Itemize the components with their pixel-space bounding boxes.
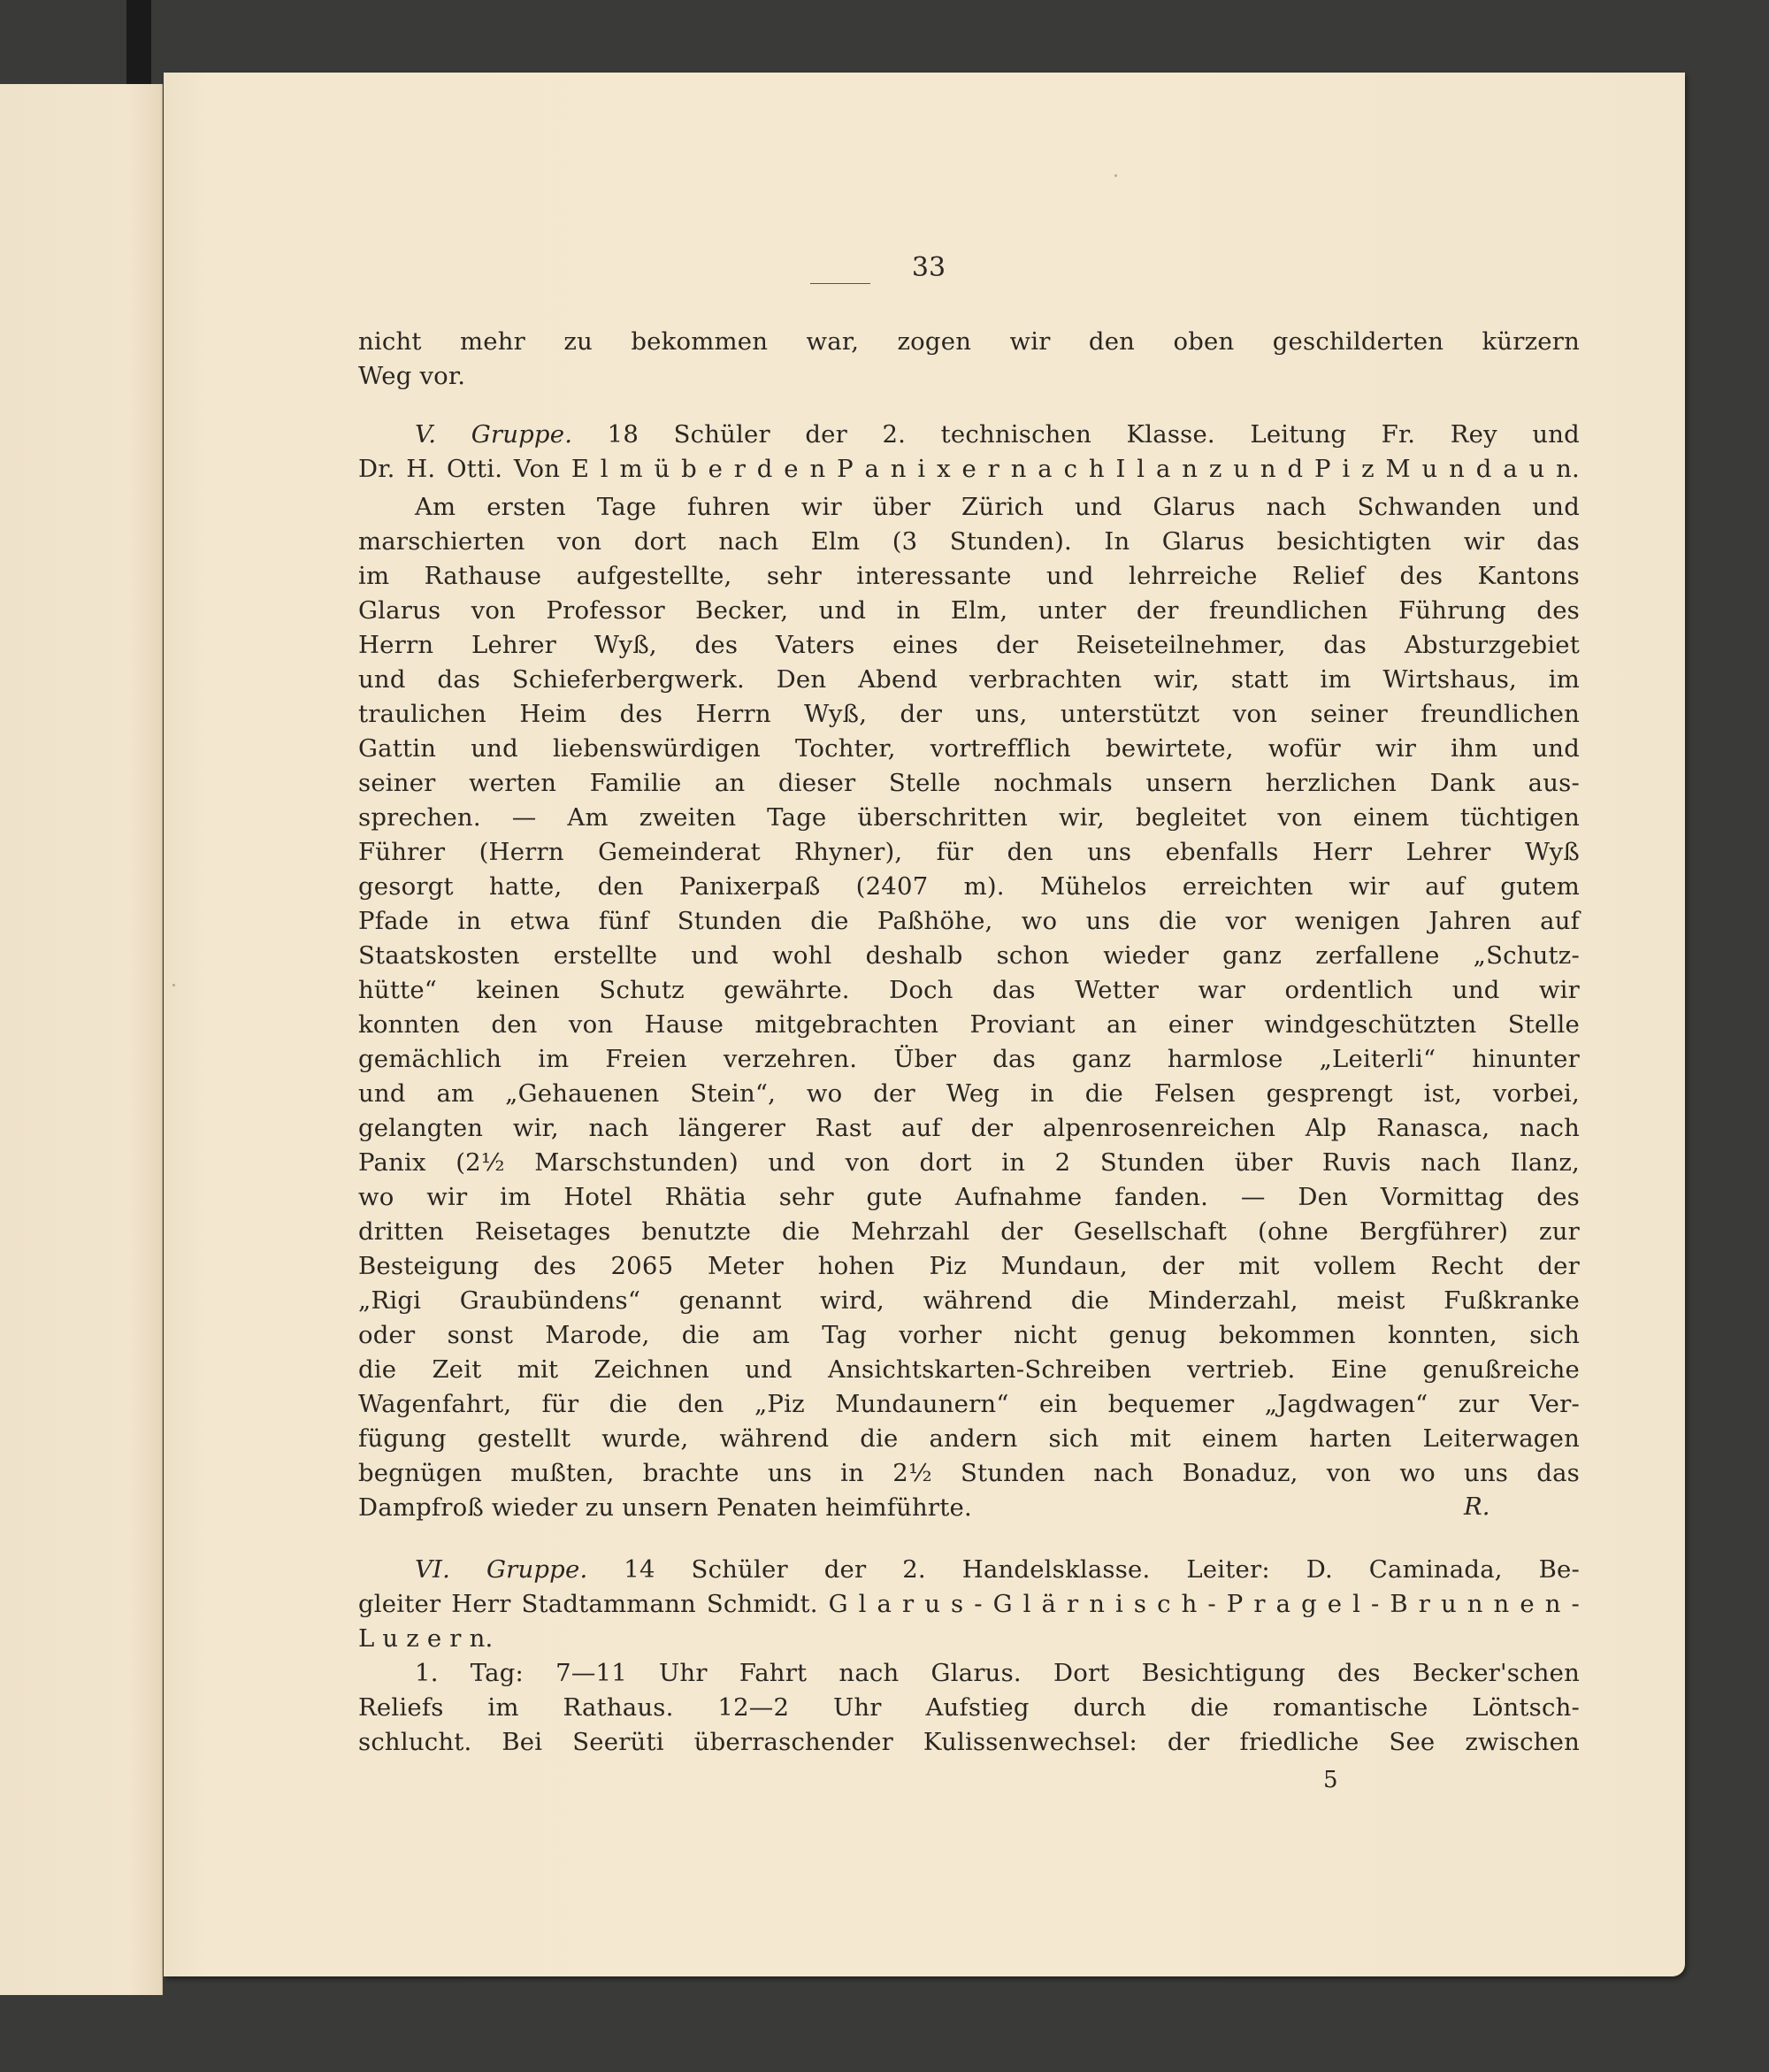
line-text: gemächlich im Freien verzehren. Über das… <box>358 1045 1580 1073</box>
text-line: sprechen. — Am zweiten Tage überschritte… <box>358 802 1580 833</box>
line-text: Reliefs im Rathaus. 12—2 Uhr Aufstieg du… <box>358 1693 1580 1722</box>
line-text: sprechen. — Am zweiten Tage überschritte… <box>358 803 1580 832</box>
line-text: Besteigung des 2065 Meter hohen Piz Mund… <box>358 1252 1580 1280</box>
line-text: und das Schieferbergwerk. Den Abend verb… <box>358 665 1580 694</box>
line-text: begnügen mußten, brachte uns in 2½ Stund… <box>358 1459 1580 1487</box>
line-text: hütte“ keinen Schutz gewährte. Doch das … <box>358 976 1580 1004</box>
author-initial: R. <box>1464 1493 1489 1521</box>
line-text: 14 Schüler der 2. Handelsklasse. Leiter:… <box>587 1555 1580 1584</box>
text-line: L u z e r n. <box>358 1623 1580 1654</box>
section-heading-line: V. Gruppe. 18 Schüler der 2. technischen… <box>358 419 1580 449</box>
text-line: nicht mehr zu bekommen war, zogen wir de… <box>358 326 1580 357</box>
line-text: gleiter Herr Stadtammann Schmidt. G l a … <box>358 1590 1580 1618</box>
paper-speck <box>172 984 175 986</box>
line-text: Glarus von Professor Becker, und in Elm,… <box>358 596 1580 625</box>
section-heading-line: VI. Gruppe. 14 Schüler der 2. Handelskla… <box>358 1554 1580 1585</box>
text-line: Herrn Lehrer Wyß, des Vaters eines der R… <box>358 630 1580 660</box>
printer-signature-mark: 5 <box>1323 1767 1338 1793</box>
text-line: Dampfroß wieder zu unsern Penaten heimfü… <box>358 1493 1580 1523</box>
line-text: Am ersten Tage fuhren wir über Zürich un… <box>415 493 1580 521</box>
line-text: Staatskosten erstellte und wohl deshalb … <box>358 941 1580 970</box>
line-text: fügung gestellt wurde, während die ander… <box>358 1424 1580 1453</box>
text-line: und das Schieferbergwerk. Den Abend verb… <box>358 664 1580 695</box>
line-text: „Rigi Graubündens“ genannt wird, während… <box>358 1286 1580 1315</box>
group-label: VI. Gruppe. <box>415 1555 587 1584</box>
line-text: oder sonst Marode, die am Tag vorher nic… <box>358 1321 1580 1349</box>
paper-speck <box>1114 174 1117 177</box>
text-line: Besteigung des 2065 Meter hohen Piz Mund… <box>358 1251 1580 1281</box>
text-line: 1. Tag: 7—11 Uhr Fahrt nach Glarus. Dort… <box>358 1658 1580 1688</box>
line-text: im Rathause aufgestellte, sehr interessa… <box>358 562 1580 590</box>
text-line: Am ersten Tage fuhren wir über Zürich un… <box>358 492 1580 522</box>
line-text: Gattin und liebenswürdigen Tochter, vort… <box>358 734 1580 763</box>
text-line: Glarus von Professor Becker, und in Elm,… <box>358 595 1580 625</box>
text-line: Staatskosten erstellte und wohl deshalb … <box>358 940 1580 971</box>
book-spine-shadow <box>126 0 151 84</box>
text-line: Führer (Herrn Gemeinderat Rhyner), für d… <box>358 837 1580 867</box>
line-text: traulichen Heim des Herrn Wyß, der uns, … <box>358 700 1580 728</box>
text-line: wo wir im Hotel Rhätia sehr gute Aufnahm… <box>358 1182 1580 1212</box>
line-text: 18 Schüler der 2. technischen Klasse. Le… <box>572 420 1580 449</box>
line-text: konnten den von Hause mitgebrachten Prov… <box>358 1010 1580 1039</box>
text-line: Wagenfahrt, für die den „Piz Mundaunern“… <box>358 1389 1580 1419</box>
line-text: und am „Gehauenen Stein“, wo der Weg in … <box>358 1079 1580 1108</box>
line-text: wo wir im Hotel Rhätia sehr gute Aufnahm… <box>358 1183 1580 1211</box>
line-text: gesorgt hatte, den Panixerpaß (2407 m). … <box>358 872 1580 901</box>
text-line: seiner werten Familie an dieser Stelle n… <box>358 768 1580 798</box>
line-text: dritten Reisetages benutzte die Mehrzahl… <box>358 1217 1580 1246</box>
text-line: oder sonst Marode, die am Tag vorher nic… <box>358 1320 1580 1350</box>
text-line: die Zeit mit Zeichnen und Ansichtskarten… <box>358 1354 1580 1385</box>
line-text: Dr. H. Otti. Von E l m ü b e r d e n P a… <box>358 455 1580 483</box>
text-line: und am „Gehauenen Stein“, wo der Weg in … <box>358 1078 1580 1109</box>
line-text: Herrn Lehrer Wyß, des Vaters eines der R… <box>358 631 1580 659</box>
line-text: schlucht. Bei Seerüti überraschender Kul… <box>358 1728 1580 1756</box>
line-text: marschierten von dort nach Elm (3 Stunde… <box>358 527 1580 556</box>
line-text: Führer (Herrn Gemeinderat Rhyner), für d… <box>358 838 1580 866</box>
line-text: 1. Tag: 7—11 Uhr Fahrt nach Glarus. Dort… <box>415 1659 1580 1687</box>
text-line: „Rigi Graubündens“ genannt wird, während… <box>358 1285 1580 1316</box>
page-number-rule <box>810 283 870 284</box>
text-line: fügung gestellt wurde, während die ander… <box>358 1424 1580 1454</box>
text-line: Panix (2½ Marschstunden) und von dort in… <box>358 1147 1580 1178</box>
line-text: gelangten wir, nach längerer Rast auf de… <box>358 1114 1580 1142</box>
book-page: 33 nicht mehr zu bekommen war, zogen wir… <box>164 73 1685 1976</box>
line-text: Wagenfahrt, für die den „Piz Mundaunern“… <box>358 1390 1580 1418</box>
page-number: 33 <box>164 252 1685 283</box>
text-line: gleiter Herr Stadtammann Schmidt. G l a … <box>358 1589 1580 1619</box>
line-text: Dampfroß wieder zu unsern Penaten heimfü… <box>358 1493 972 1522</box>
text-line: dritten Reisetages benutzte die Mehrzahl… <box>358 1216 1580 1247</box>
line-text: nicht mehr zu bekommen war, zogen wir de… <box>358 327 1580 356</box>
text-line: marschierten von dort nach Elm (3 Stunde… <box>358 526 1580 556</box>
text-line: konnten den von Hause mitgebrachten Prov… <box>358 1009 1580 1040</box>
text-line: im Rathause aufgestellte, sehr interessa… <box>358 561 1580 591</box>
text-line: Weg vor. <box>358 361 1580 391</box>
text-line: begnügen mußten, brachte uns in 2½ Stund… <box>358 1458 1580 1488</box>
text-line: gemächlich im Freien verzehren. Über das… <box>358 1044 1580 1074</box>
text-line: hütte“ keinen Schutz gewährte. Doch das … <box>358 975 1580 1005</box>
text-line: gelangten wir, nach längerer Rast auf de… <box>358 1113 1580 1143</box>
line-text: die Zeit mit Zeichnen und Ansichtskarten… <box>358 1355 1580 1384</box>
line-text: Panix (2½ Marschstunden) und von dort in… <box>358 1148 1580 1177</box>
line-text: Weg vor. <box>358 362 465 390</box>
line-text: Pfade in etwa fünf Stunden die Paßhöhe, … <box>358 907 1580 935</box>
text-line: Reliefs im Rathaus. 12—2 Uhr Aufstieg du… <box>358 1692 1580 1723</box>
text-line: traulichen Heim des Herrn Wyß, der uns, … <box>358 699 1580 729</box>
facing-page-left <box>0 84 163 1995</box>
group-label: V. Gruppe. <box>415 420 572 449</box>
text-line: Dr. H. Otti. Von E l m ü b e r d e n P a… <box>358 454 1580 484</box>
text-line: schlucht. Bei Seerüti überraschender Kul… <box>358 1727 1580 1757</box>
text-line: gesorgt hatte, den Panixerpaß (2407 m). … <box>358 871 1580 902</box>
text-line: Gattin und liebenswürdigen Tochter, vort… <box>358 733 1580 764</box>
text-line: Pfade in etwa fünf Stunden die Paßhöhe, … <box>358 906 1580 936</box>
line-text: L u z e r n. <box>358 1624 493 1653</box>
line-text: seiner werten Familie an dieser Stelle n… <box>358 769 1580 797</box>
